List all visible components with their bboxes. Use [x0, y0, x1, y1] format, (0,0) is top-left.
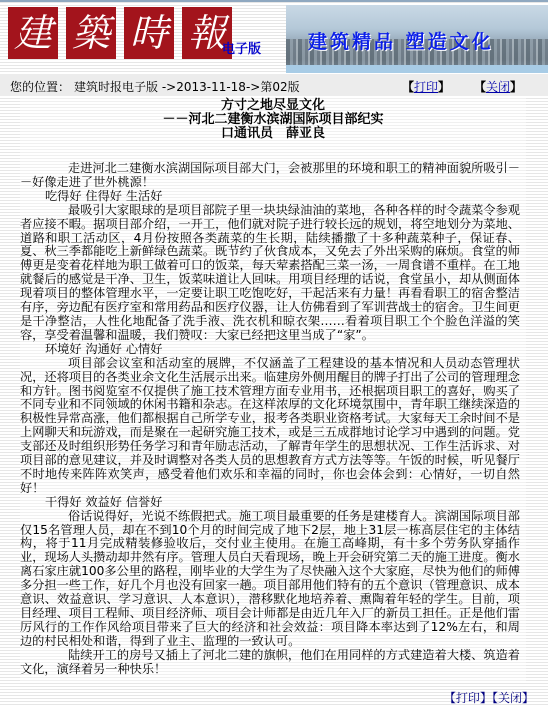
footer-tools: 【打印】【关闭】: [444, 689, 534, 706]
paragraph: 最吸引大家眼球的是项目部院子里一块块绿油油的菜地，各种各样的时令蔬菜令参观者应接…: [20, 204, 520, 343]
paragraph: 俗话说得好，光说不练假把式。施工项目最重要的任务是建楼育人。滨湖国际项目部仅15…: [20, 510, 520, 649]
logo-char-1: 建: [8, 7, 58, 59]
close-link-top[interactable]: 【关闭】: [474, 78, 522, 95]
breadcrumb: 建筑时报电子版 ->2013-11-18->第02版: [74, 78, 300, 95]
article-byline: 口通讯员 薛亚良: [20, 127, 526, 141]
close-link[interactable]: 关闭: [486, 80, 510, 94]
section-heading: 环境好 沟通好 心情好: [20, 343, 520, 357]
print-link-bottom[interactable]: 打印: [456, 691, 480, 705]
bracket-close: 】: [438, 80, 450, 94]
article-header: 方寸之地尽显文化 －－河北二建衡水滨湖国际项目部纪实 口通讯员 薛亚良: [20, 99, 526, 141]
logo-char-2: 築: [66, 7, 116, 59]
logo-char-3: 時: [124, 7, 174, 59]
paragraph: 陆续开工的房号又插上了河北二建的旗帜，他们在用同样的方式建造着大楼、筑造着文化，…: [20, 649, 520, 677]
bracket-open: 【: [474, 80, 486, 94]
article-title: 方寸之地尽显文化: [20, 99, 526, 113]
paragraph: 走进河北二建衡水滨湖国际项目部大门，会被那里的环境和职工的精神面貌所吸引－－好像…: [20, 162, 520, 190]
article-body: 走进河北二建衡水滨湖国际项目部大门，会被那里的环境和职工的精神面貌所吸引－－好像…: [20, 162, 520, 677]
edition-label: 电子版: [222, 38, 261, 57]
print-link[interactable]: 打印: [414, 80, 438, 94]
masthead: 建 築 時 報 电子版 建筑精品 塑造文化: [0, 2, 548, 72]
location-bar: 您的位置： 建筑时报电子版 ->2013-11-18->第02版 【打印】 【关…: [0, 74, 548, 96]
bracket-close: 】: [480, 691, 492, 705]
print-link-top[interactable]: 【打印】: [402, 78, 450, 95]
city-banner-image: 建筑精品 塑造文化: [286, 5, 548, 73]
location-label: 您的位置：: [10, 78, 70, 95]
paragraph: 项目部会议室和活动室的展牌，不仅涵盖了工程建设的基本情况和人员动态管理状况，还将…: [20, 357, 520, 496]
banner-slogan: 建筑精品 塑造文化: [308, 27, 494, 54]
bracket-open: 【: [444, 691, 456, 705]
bracket-open: 【: [402, 80, 414, 94]
section-heading: 吃得好 住得好 生活好: [20, 190, 520, 204]
bracket-close: 】: [510, 80, 522, 94]
article-panel: 方寸之地尽显文化 －－河北二建衡水滨湖国际项目部纪实 口通讯员 薛亚良 走进河北…: [20, 96, 526, 682]
bracket-close: 】: [522, 691, 534, 705]
close-link-bottom[interactable]: 关闭: [498, 691, 522, 705]
harbor-graphic: [286, 65, 548, 73]
section-heading: 干得好 效益好 信誉好: [20, 496, 520, 510]
article-subtitle: －－河北二建衡水滨湖国际项目部纪实: [20, 113, 526, 127]
